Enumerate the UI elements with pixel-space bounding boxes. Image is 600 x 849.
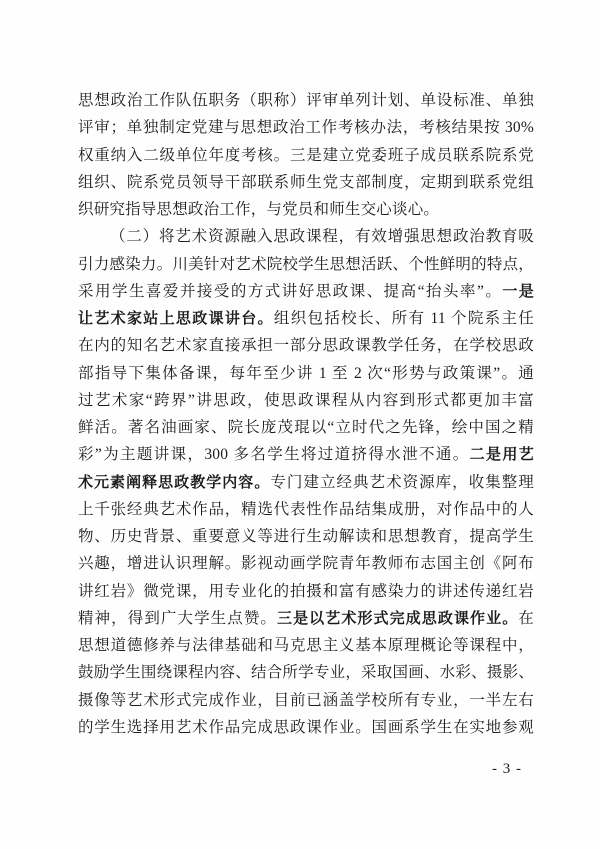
- text-run: 专门建立经典艺术资源库，收集整理: [270, 474, 534, 491]
- text-run: 兴趣，增进认识理解。影视动画学院青年教师布志国主创《阿布: [78, 555, 534, 572]
- bold-text-run: 三是以艺术形式完成思政课作业。: [277, 610, 518, 627]
- text-run: 讲红岩》微党课，用专业化的拍摄和富有感染力的讲述传递红岩: [78, 583, 534, 600]
- text-run: 思想政治工作队伍职务（职称）评审单列计划、单设标准、单独: [78, 92, 534, 109]
- text-line: 权重纳入二级单位年度考核。三是建立党委班子成员联系院系党: [78, 142, 534, 169]
- text-line: 摄像等艺术形式完成作业，目前已涵盖学校所有专业，一半左右: [78, 687, 534, 714]
- text-run: 评审；单独制定党建与思想政治工作考核办法，考核结果按 30%: [78, 119, 534, 136]
- text-line: 让艺术家站上思政课讲台。组织包括校长、所有 11 个院系主任: [78, 305, 534, 332]
- text-line: 兴趣，增进认识理解。影视动画学院青年教师布志国主创《阿布: [78, 550, 534, 577]
- text-run: 组织包括校长、所有 11 个院系主任: [274, 310, 534, 327]
- text-line: 鼓励学生围绕课程内容、结合所学专业，采取国画、水彩、摄影、: [78, 659, 534, 686]
- text-run: 过艺术家“跨界”讲思政，使思政课程从内容到形式都更加丰富: [78, 392, 534, 409]
- text-line: 精神，得到广大学生点赞。三是以艺术形式完成思政课作业。在: [78, 605, 534, 632]
- bold-text-run: 让艺术家站上思政课讲台。: [78, 310, 274, 327]
- text-line: 评审；单独制定党建与思想政治工作考核办法，考核结果按 30%: [78, 114, 534, 141]
- text-line: 引力感染力。川美针对艺术院校学生思想活跃、个性鲜明的特点，: [78, 251, 534, 278]
- text-line: 术元素阐释思政教学内容。专门建立经典艺术资源库，收集整理: [78, 469, 534, 496]
- text-line: 部指导下集体备课，每年至少讲 1 至 2 次“形势与政策课”。通: [78, 360, 534, 387]
- text-line: 上千张经典艺术作品，精选代表性作品结集成册，对作品中的人: [78, 496, 534, 523]
- bold-text-run: 术元素阐释思政教学内容。: [78, 474, 270, 491]
- text-run: 织研究指导思想政治工作，与党员和师生交心谈心。: [78, 201, 439, 218]
- text-line: 思想道德修养与法律基础和马克思主义基本原理概论等课程中，: [78, 632, 534, 659]
- text-line: 过艺术家“跨界”讲思政，使思政课程从内容到形式都更加丰富: [78, 387, 534, 414]
- bold-text-run: 二是用艺: [470, 446, 534, 463]
- text-run: 的学生选择用艺术作品完成思政课作业。国画系学生在实地参观: [78, 719, 534, 736]
- text-line: 思想政治工作队伍职务（职称）评审单列计划、单设标准、单独: [78, 87, 534, 114]
- text-run: 上千张经典艺术作品，精选代表性作品结集成册，对作品中的人: [78, 501, 534, 518]
- text-line: 组织、院系党员领导干部联系师生党支部制度，定期到联系党组: [78, 169, 534, 196]
- text-line: 在内的知名艺术家直接承担一部分思政课教学任务，在学校思政: [78, 332, 534, 359]
- bold-text-run: 一是: [502, 283, 534, 300]
- text-run: 引力感染力。川美针对艺术院校学生思想活跃、个性鲜明的特点，: [78, 256, 534, 273]
- text-run: 组织、院系党员领导干部联系师生党支部制度，定期到联系党组: [78, 174, 534, 191]
- text-run: 鲜活。著名油画家、院长庞茂琨以“立时代之先锋，绘中国之精: [78, 419, 534, 436]
- text-line: 物、历史背景、重要意义等进行生动解读和思想教育，提高学生: [78, 523, 534, 550]
- document-page: 思想政治工作队伍职务（职称）评审单列计划、单设标准、单独评审；单独制定党建与思想…: [0, 0, 600, 849]
- text-run: 权重纳入二级单位年度考核。三是建立党委班子成员联系院系党: [78, 147, 534, 164]
- text-run: 采用学生喜爱并接受的方式讲好思政课、提高“抬头率”。: [78, 283, 502, 300]
- text-run: 摄像等艺术形式完成作业，目前已涵盖学校所有专业，一半左右: [78, 692, 534, 709]
- text-run: 精神，得到广大学生点赞。: [78, 610, 277, 627]
- text-line: 织研究指导思想政治工作，与党员和师生交心谈心。: [78, 196, 534, 223]
- text-run: （二）将艺术资源融入思政课程，有效增强思想政治教育吸: [110, 228, 534, 245]
- text-line: 鲜活。著名油画家、院长庞茂琨以“立时代之先锋，绘中国之精: [78, 414, 534, 441]
- text-run: 部指导下集体备课，每年至少讲 1 至 2 次“形势与政策课”。通: [78, 365, 534, 382]
- text-run: 在内的知名艺术家直接承担一部分思政课教学任务，在学校思政: [78, 337, 534, 354]
- document-body: 思想政治工作队伍职务（职称）评审单列计划、单设标准、单独评审；单独制定党建与思想…: [78, 87, 534, 741]
- text-line: 的学生选择用艺术作品完成思政课作业。国画系学生在实地参观: [78, 714, 534, 741]
- text-line: 采用学生喜爱并接受的方式讲好思政课、提高“抬头率”。一是: [78, 278, 534, 305]
- text-run: 彩”为主题讲课，300 多名学生将过道挤得水泄不通。: [78, 446, 470, 463]
- text-run: 在: [518, 610, 534, 627]
- text-run: 鼓励学生围绕课程内容、结合所学专业，采取国画、水彩、摄影、: [78, 664, 534, 681]
- text-line: （二）将艺术资源融入思政课程，有效增强思想政治教育吸: [78, 223, 534, 250]
- text-run: 思想道德修养与法律基础和马克思主义基本原理概论等课程中，: [78, 637, 534, 654]
- text-line: 彩”为主题讲课，300 多名学生将过道挤得水泄不通。二是用艺: [78, 441, 534, 468]
- text-run: 物、历史背景、重要意义等进行生动解读和思想教育，提高学生: [78, 528, 534, 545]
- page-number: - 3 -: [492, 761, 522, 778]
- text-line: 讲红岩》微党课，用专业化的拍摄和富有感染力的讲述传递红岩: [78, 578, 534, 605]
